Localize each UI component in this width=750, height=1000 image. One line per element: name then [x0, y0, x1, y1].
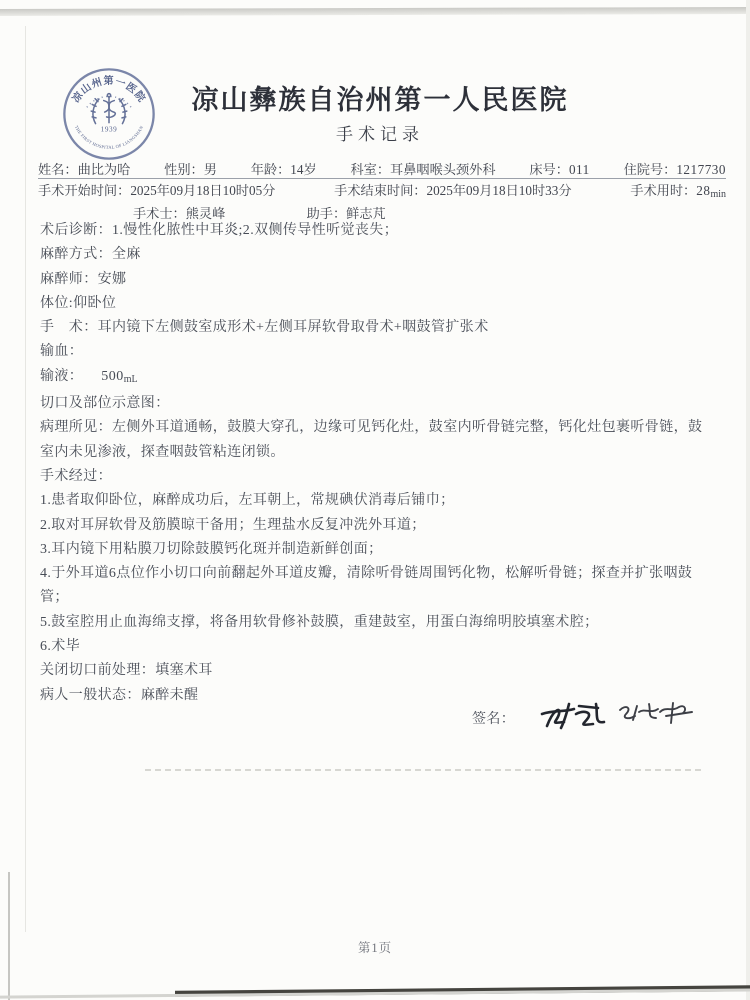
field-value: 011: [569, 162, 590, 177]
signature-name-2: [620, 703, 692, 723]
procedure-section-label: 手术经过：: [40, 465, 706, 489]
field-admission-number: 住院号：1217730: [624, 159, 726, 178]
field-label: 性别：: [164, 162, 204, 177]
field-incision-diagram: 切口及部位示意图：: [40, 392, 706, 416]
field-pathology-findings: 病理所见：左侧外耳道通畅，鼓膜大穿孔，边缘可见钙化灶，鼓室内听骨链完整，钙化灶包…: [40, 416, 706, 465]
field-label: 术后诊断：: [40, 223, 112, 238]
field-department: 科室：耳鼻咽喉头颈外科: [350, 159, 495, 178]
scan-edge-top: [0, 7, 750, 16]
document-title: 手术记录: [120, 120, 640, 145]
field-label: 关闭切口前处理：: [40, 663, 155, 678]
field-value: 耳内镜下左侧鼓室成形术+左侧耳屏软骨取骨术+咽鼓管扩张术: [98, 320, 489, 335]
signature-row: 签名：: [40, 708, 706, 732]
info-divider-line: [38, 178, 726, 179]
field-infusion: 输液：500mL: [40, 365, 706, 392]
field-value: 左侧外耳道通畅，鼓膜大穿孔，边缘可见钙化灶，鼓室内听骨链完整，钙化灶包裹听骨链，…: [40, 420, 702, 459]
field-value: 14岁: [290, 162, 316, 177]
field-pre-closure-handling: 关闭切口前处理：填塞术耳: [40, 659, 706, 683]
field-label: 麻醉方式：: [40, 247, 112, 262]
field-value: 填塞术耳: [155, 663, 213, 678]
scan-edge-right: [746, 0, 750, 1000]
field-label: 手 术：: [40, 320, 98, 335]
field-body-position: 体位:仰卧位: [40, 292, 706, 316]
field-label: 输血：: [40, 344, 83, 359]
field-operation-name: 手 术：耳内镜下左侧鼓室成形术+左侧耳屏软骨取骨术+咽鼓管扩张术: [40, 316, 706, 340]
field-label: 床号：: [529, 162, 569, 177]
field-blood-transfusion: 输血：: [40, 340, 706, 364]
field-value: 麻醉未醒: [141, 688, 199, 703]
hospital-name-title: 凉山彝族自治州第一人民医院: [120, 78, 640, 117]
field-value: 2025年09月18日10时05分: [130, 183, 275, 198]
field-anesthesia-method: 麻醉方式：全麻: [40, 243, 706, 267]
field-value: 28: [696, 183, 710, 198]
patient-info-row-1: 姓名：曲比为哈 性别：男 年龄：14岁 科室：耳鼻咽喉头颈外科 床号：011 住…: [38, 159, 726, 178]
field-label: 住院号：: [624, 162, 677, 177]
field-anesthetist: 麻醉师：安娜: [40, 268, 706, 292]
scanned-surgery-record-page: 凉山州第一医院 1939 THE FIRST HOSPITAL OF LIANG…: [0, 0, 750, 1000]
field-surgery-end-time: 手术结束时间：2025年09月18日10时33分: [334, 180, 571, 199]
field-post-diagnosis: 术后诊断：1.慢性化脓性中耳炎;2.双侧传导性听觉丧失；: [40, 219, 706, 243]
signature-label: 签名：: [472, 712, 515, 727]
field-label: 年龄：: [251, 162, 291, 177]
page-number: 第1页: [0, 938, 750, 956]
field-label: 手术开始时间：: [38, 183, 130, 198]
procedure-step-4: 4.于外耳道6点位作小切口向前翻起外耳道皮瓣，清除听骨链周围钙化物，松解听骨链；…: [40, 562, 706, 611]
field-value: 曲比为哈: [78, 162, 131, 177]
field-label: 病理所见：: [40, 420, 112, 435]
procedure-step-2: 2.取对耳屏软骨及筋膜晾干备用；生理盐水反复冲洗外耳道；: [40, 514, 706, 538]
field-surgery-start-time: 手术开始时间：2025年09月18日10时05分: [38, 180, 275, 199]
field-value: 仰卧位: [73, 296, 116, 311]
field-value: 安娜: [98, 272, 127, 287]
scan-edge-left-inner: [25, 26, 26, 932]
field-unit: mL: [124, 374, 138, 385]
field-patient-name: 姓名：曲比为哈: [38, 159, 130, 178]
field-surgery-duration: 手术用时：28min: [630, 180, 726, 200]
signature-handwriting: [538, 699, 706, 737]
field-value: 1217730: [676, 162, 726, 177]
field-label: 麻醉师：: [40, 272, 98, 287]
procedure-step-5: 5.鼓室腔用止血海绵支撑，将备用软骨修补鼓膜，重建鼓室，用蛋白海绵明胶填塞术腔；: [40, 611, 706, 635]
field-value: 2025年09月18日10时33分: [426, 183, 571, 198]
field-value: 1.慢性化脓性中耳炎;2.双侧传导性听觉丧失；: [112, 223, 398, 238]
field-value: 全麻: [112, 247, 141, 262]
procedure-step-3: 3.耳内镜下用粘膜刀切除鼓膜钙化斑并制造新鲜创面；: [40, 538, 706, 562]
scan-edge-left-outer: [8, 872, 10, 1000]
signature-name-1: [542, 704, 604, 728]
procedure-step-1: 1.患者取仰卧位，麻醉成功后，左耳朝上，常规碘伏消毒后铺巾；: [40, 489, 706, 513]
field-label: 输液：: [40, 369, 83, 384]
field-age: 年龄：14岁: [251, 159, 317, 178]
field-label: 病人一般状态：: [40, 688, 141, 703]
patient-info-block: 姓名：曲比为哈 性别：男 年龄：14岁 科室：耳鼻咽喉头颈外科 床号：011 住…: [38, 159, 726, 223]
fold-dashed-line: [145, 769, 701, 771]
field-label: 体位:: [40, 296, 73, 311]
field-value: 男: [204, 162, 217, 177]
surgery-record-body: 术后诊断：1.慢性化脓性中耳炎;2.双侧传导性听觉丧失； 麻醉方式：全麻 麻醉师…: [40, 219, 706, 732]
patient-info-row-2: 手术开始时间：2025年09月18日10时05分 手术结束时间：2025年09月…: [38, 180, 726, 199]
field-gender: 性别：男: [164, 159, 217, 178]
field-label: 姓名：: [38, 162, 78, 177]
logo-year: 1939: [101, 125, 118, 133]
field-unit: min: [710, 189, 726, 200]
field-bed-number: 床号：011: [529, 159, 589, 178]
procedure-step-6: 6.术毕: [40, 635, 706, 659]
field-value: 耳鼻咽喉头颈外科: [390, 162, 496, 177]
field-label: 切口及部位示意图：: [40, 396, 170, 411]
field-value: 500: [101, 369, 124, 384]
field-label: 科室：: [350, 162, 390, 177]
field-label: 手术结束时间：: [334, 183, 426, 198]
field-label: 手术用时：: [630, 183, 696, 198]
